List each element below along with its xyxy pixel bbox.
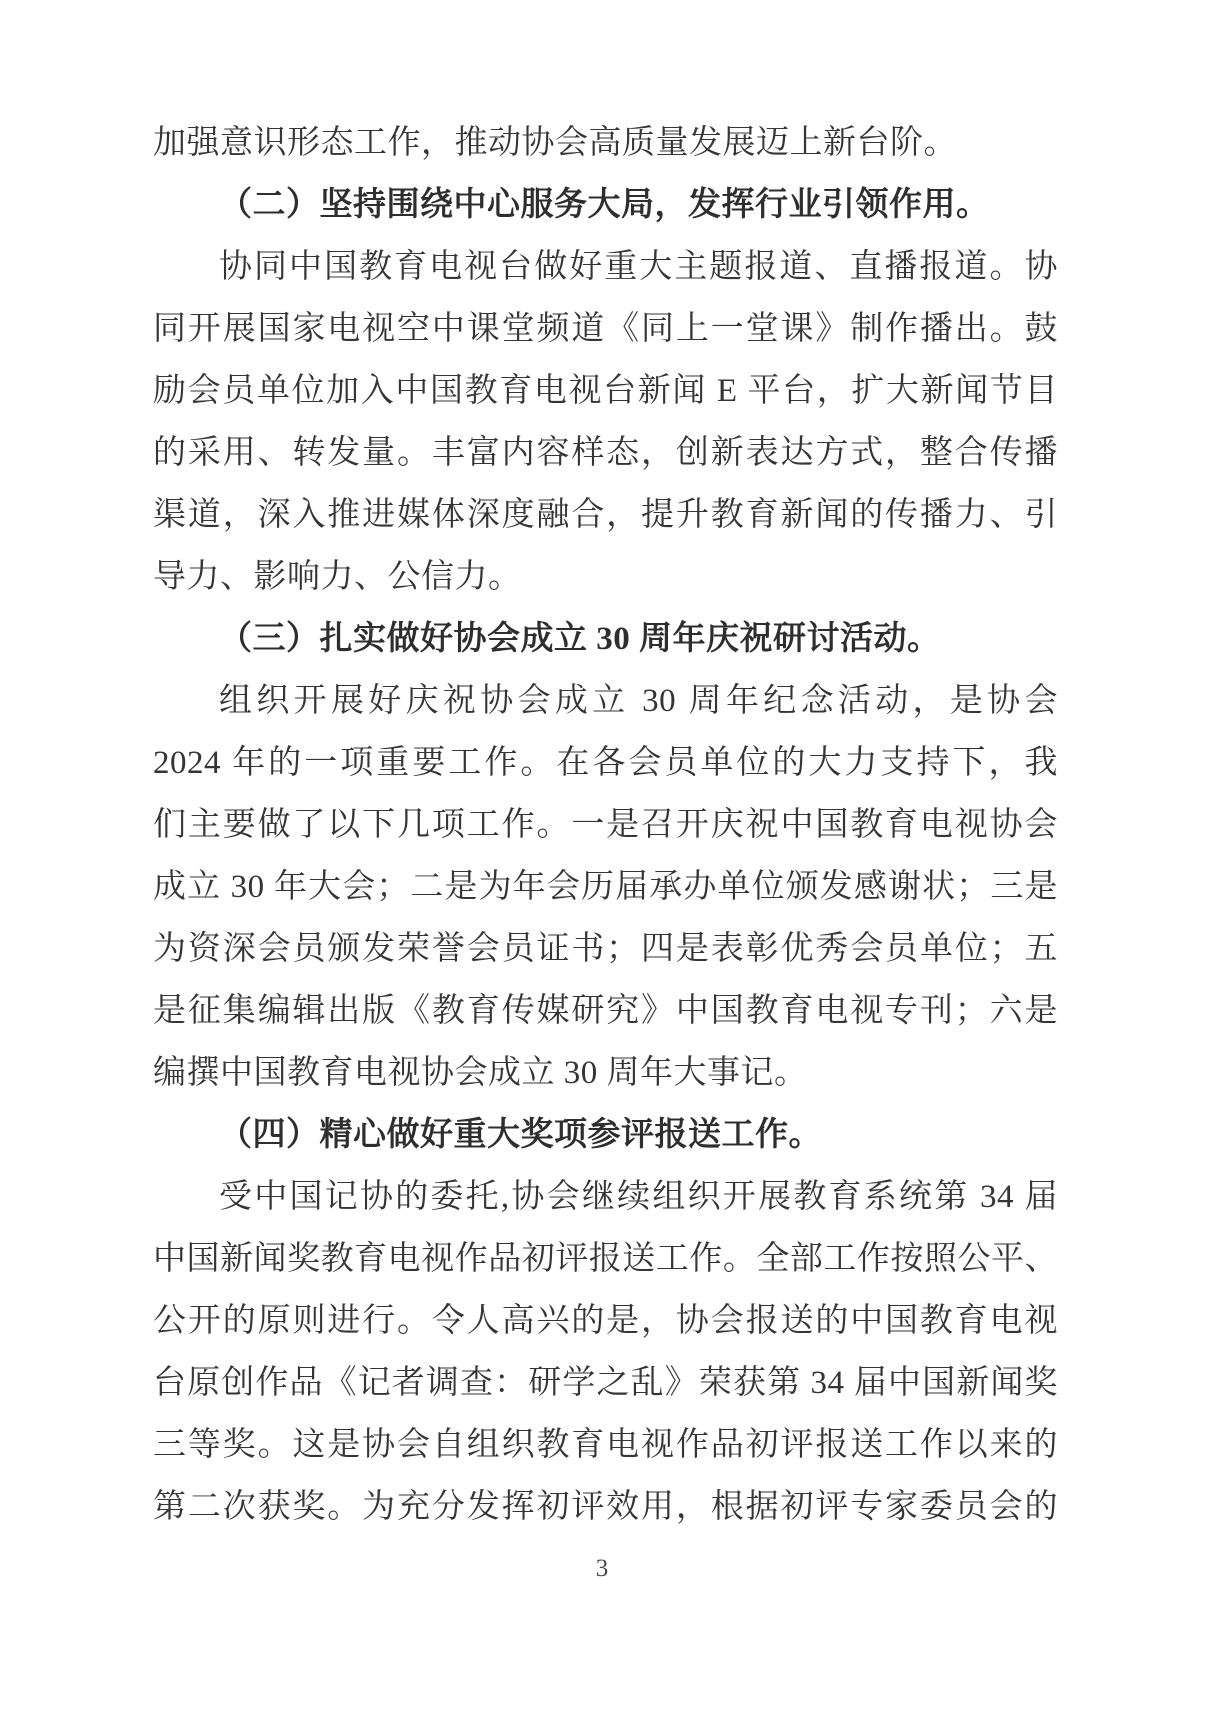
body-line: 是征集编辑出版《教育传媒研究》中国教育电视专刊；六是 (153, 980, 1058, 1042)
body-line: 同开展国家电视空中课堂频道《同上一堂课》制作播出。鼓 (153, 298, 1058, 360)
body-line: 中国新闻奖教育电视作品初评报送工作。全部工作按照公平、 (153, 1228, 1058, 1290)
body-line: 励会员单位加入中国教育电视台新闻 E 平台，扩大新闻节目 (153, 360, 1058, 422)
body-line: 渠道，深入推进媒体深度融合，提升教育新闻的传播力、引 (153, 484, 1058, 546)
body-line: 编撰中国教育电视协会成立 30 周年大事记。 (153, 1042, 1058, 1104)
body-line: 2024 年的一项重要工作。在各会员单位的大力支持下，我 (153, 732, 1058, 794)
document-body: 加强意识形态工作，推动协会高质量发展迈上新台阶。 （二）坚持围绕中心服务大局，发… (153, 112, 1058, 1538)
section-heading-4: （四）精心做好重大奖项参评报送工作。 (153, 1104, 1058, 1166)
body-line: 为资深会员颁发荣誉会员证书；四是表彰优秀会员单位；五 (153, 918, 1058, 980)
document-page: 加强意识形态工作，推动协会高质量发展迈上新台阶。 （二）坚持围绕中心服务大局，发… (0, 0, 1205, 1718)
section-heading-2: （二）坚持围绕中心服务大局，发挥行业引领作用。 (153, 174, 1058, 236)
body-line: 协同中国教育电视台做好重大主题报道、直播报道。协 (153, 236, 1058, 298)
body-line: 第二次获奖。为充分发挥初评效用，根据初评专家委员会的 (153, 1476, 1058, 1538)
page-number: 3 (0, 1552, 1205, 1586)
body-line: 组织开展好庆祝协会成立 30 周年纪念活动，是协会 (153, 670, 1058, 732)
body-line: 的采用、转发量。丰富内容样态，创新表达方式，整合传播 (153, 422, 1058, 484)
body-line: 受中国记协的委托,协会继续组织开展教育系统第 34 届 (153, 1166, 1058, 1228)
body-line: 导力、影响力、公信力。 (153, 546, 1058, 608)
body-line: 们主要做了以下几项工作。一是召开庆祝中国教育电视协会 (153, 794, 1058, 856)
body-line: 台原创作品《记者调查：研学之乱》荣获第 34 届中国新闻奖 (153, 1352, 1058, 1414)
body-line: 成立 30 年大会；二是为年会历届承办单位颁发感谢状；三是 (153, 856, 1058, 918)
section-heading-3: （三）扎实做好协会成立 30 周年庆祝研讨活动。 (153, 608, 1058, 670)
body-line: 三等奖。这是协会自组织教育电视作品初评报送工作以来的 (153, 1414, 1058, 1476)
body-line: 加强意识形态工作，推动协会高质量发展迈上新台阶。 (153, 112, 1058, 174)
body-line: 公开的原则进行。令人高兴的是，协会报送的中国教育电视 (153, 1290, 1058, 1352)
